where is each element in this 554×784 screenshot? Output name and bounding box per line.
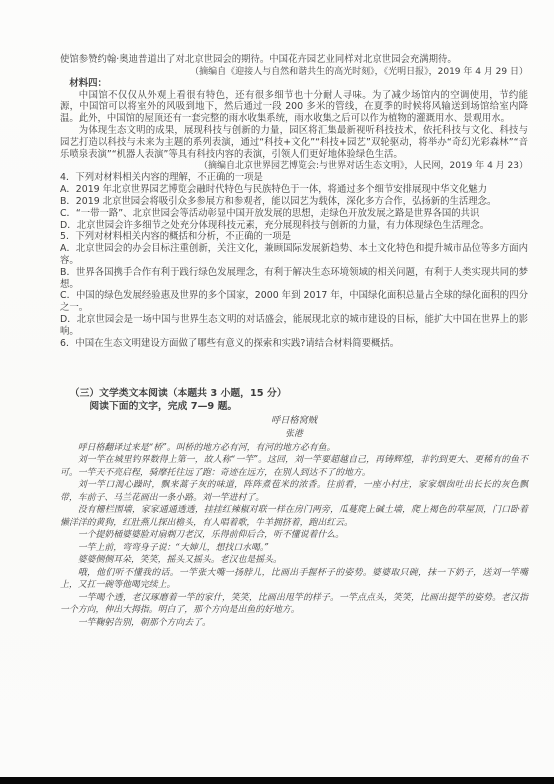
material3-citation: （摘编自《迎接人与自然和谐共生的高光时刻》，《光明日报》，2019 年 4 月 … <box>60 66 528 78</box>
story-paragraph-1: 呼日格翻译过来是“桥”。叫桥的地方必有河，有河的地方必有鱼。 <box>60 442 528 455</box>
material4-paragraph-1: 中国馆不仅仅从外观上看很有特色，还有很多细节也十分耐人寻味。为了减少场馆内的空调… <box>60 90 528 125</box>
story-title: 呼日格窝贼 <box>60 415 528 428</box>
material4-citation: （摘编自北京世界园艺博览会:与世界对话生态文明》，人民网，2019 年 4 月 … <box>60 160 528 172</box>
question-5-stem: 5．下列对材料相关内容的概括和分析，不正确的一项是 <box>60 231 528 243</box>
story-paragraph-7: 婆婆侧侧耳朵，笑笑，摇头又摇头。老汉也是摇头。 <box>60 554 528 567</box>
question-5-option-b: B．世界各国携手合作有利于践行绿色发展理念，有利于解决生态环境领域的相关问题，有… <box>60 267 528 291</box>
question-4-option-a: A．2019 年北京世界园艺博览会融时代特色与民族特色于一体，将通过多个细节安排… <box>60 184 528 196</box>
section-3-heading: （三）文学类文本阅读（本题共 3 小题，15 分） <box>60 387 528 400</box>
section-3-block: （三）文学类文本阅读（本题共 3 小题，15 分） 阅读下面的文字，完成 7—9… <box>60 387 528 629</box>
story-text: 呼日格翻译过来是“桥”。叫桥的地方必有河，有河的地方必有鱼。 刘一竿在城里钓界数… <box>60 442 528 630</box>
material4-paragraph-2: 为体现生态文明的成果，展现科技与创新的力量，园区将汇集最新视听科技技术，依托科技… <box>60 125 528 160</box>
scan-edge-bar <box>0 777 554 784</box>
story-paragraph-4: 没有栅栏围墙，家家通通透透，挂挂红辣椒对联一样在房门两旁，瓜蔓爬上碱土墙，爬上褐… <box>60 504 528 529</box>
story-paragraph-6: 一竿上前，弯弯身子说：“大婶儿，想找口水喝。” <box>60 542 528 555</box>
question-5-block: 5．下列对材料相关内容的概括和分析，不正确的一项是 A．北京世园会的办会目标注重… <box>60 231 528 337</box>
story-paragraph-9: 一竿喝个透，老汉琢磨着一竿的家什，笑笑，比画出甩竿的样子。一竿点点头，笑笑，比画… <box>60 592 528 617</box>
question-5-option-d: D．北京世园会是一场中国与世界生态文明的对话盛会，能展现北京的城市建设的目标，能… <box>60 314 528 338</box>
page-content: 使馆参赞约翰·奥迪普道出了对北京世园会的期待。中国花卉园艺业同样对北京世园会充满… <box>60 54 528 629</box>
question-6-block: 6．中国在生态文明建设方面做了哪些有意义的探索和实践?请结合材料简要概括。 <box>60 338 528 350</box>
question-5-option-a: A．北京世园会的办会目标注重创新，关注文化，兼顾国际发展新趋势、本土文化特色和提… <box>60 243 528 267</box>
section-3-instruction: 阅读下面的文字，完成 7—9 题。 <box>60 400 528 413</box>
question-4-block: 4．下列对材料相关内容的理解，不正确的一项是 A．2019 年北京世界园艺博览会… <box>60 172 528 231</box>
question-4-option-d: D．北京世园会许多细节之处充分体现科技元素，充分展现科技与创新的力量，有力体现绿… <box>60 220 528 232</box>
question-6-stem: 6．中国在生态文明建设方面做了哪些有意义的探索和实践?请结合材料简要概括。 <box>60 338 528 350</box>
story-paragraph-10: 一竿鞠躬告别，朝那个方向去了。 <box>60 617 528 630</box>
blank-gap <box>60 349 528 387</box>
story-paragraph-3: 刘一竿口渴心躁时，飘来蒿子灰的味道，阵阵煮苞米的浓香。往前看，一座小村庄，家家烟… <box>60 479 528 504</box>
material3-tail-block: 使馆参赞约翰·奥迪普道出了对北京世园会的期待。中国花卉园艺业同样对北京世园会充满… <box>60 54 528 78</box>
question-4-option-c: C．“一带一路”、北京世园会等活动彰显中国开放发展的思想，走绿色开放发展之路是世… <box>60 208 528 220</box>
material4-block: 材料四： 中国馆不仅仅从外观上看很有特色，还有很多细节也十分耐人寻味。为了减少场… <box>60 78 528 173</box>
question-4-option-b: B．2019 北京世园会将吸引众多参展方和参观者，能以园艺为载体，深化多方合作，… <box>60 196 528 208</box>
question-5-option-c: C．中国的绿色发展经验惠及世界的多个国家，2000 年到 2017 年，中国绿化… <box>60 290 528 314</box>
story-paragraph-2: 刘一竿在城里钓界数得上第一，故人称“一竿”。这回，刘一竿要超越自己，再铸辉煌，非… <box>60 454 528 479</box>
story-author: 张港 <box>60 428 528 440</box>
material3-last-line: 使馆参赞约翰·奥迪普道出了对北京世园会的期待。中国花卉园艺业同样对北京世园会充满… <box>60 54 528 66</box>
story-paragraph-8: 哦，他们听不懂我的话。一竿张大嘴一扬脖儿，比画出手握杯子的姿势。婆婆取只碗，抹一… <box>60 567 528 592</box>
scanned-exam-page: 使馆参赞约翰·奥迪普道出了对北京世园会的期待。中国花卉园艺业同样对北京世园会充满… <box>0 0 554 784</box>
material4-label: 材料四： <box>60 78 528 90</box>
story-paragraph-5: 一个提奶桶婆婆脸对扇剃刀老汉，乐得前仰后合，听不懂说着什么。 <box>60 529 528 542</box>
question-4-stem: 4．下列对材料相关内容的理解，不正确的一项是 <box>60 172 528 184</box>
